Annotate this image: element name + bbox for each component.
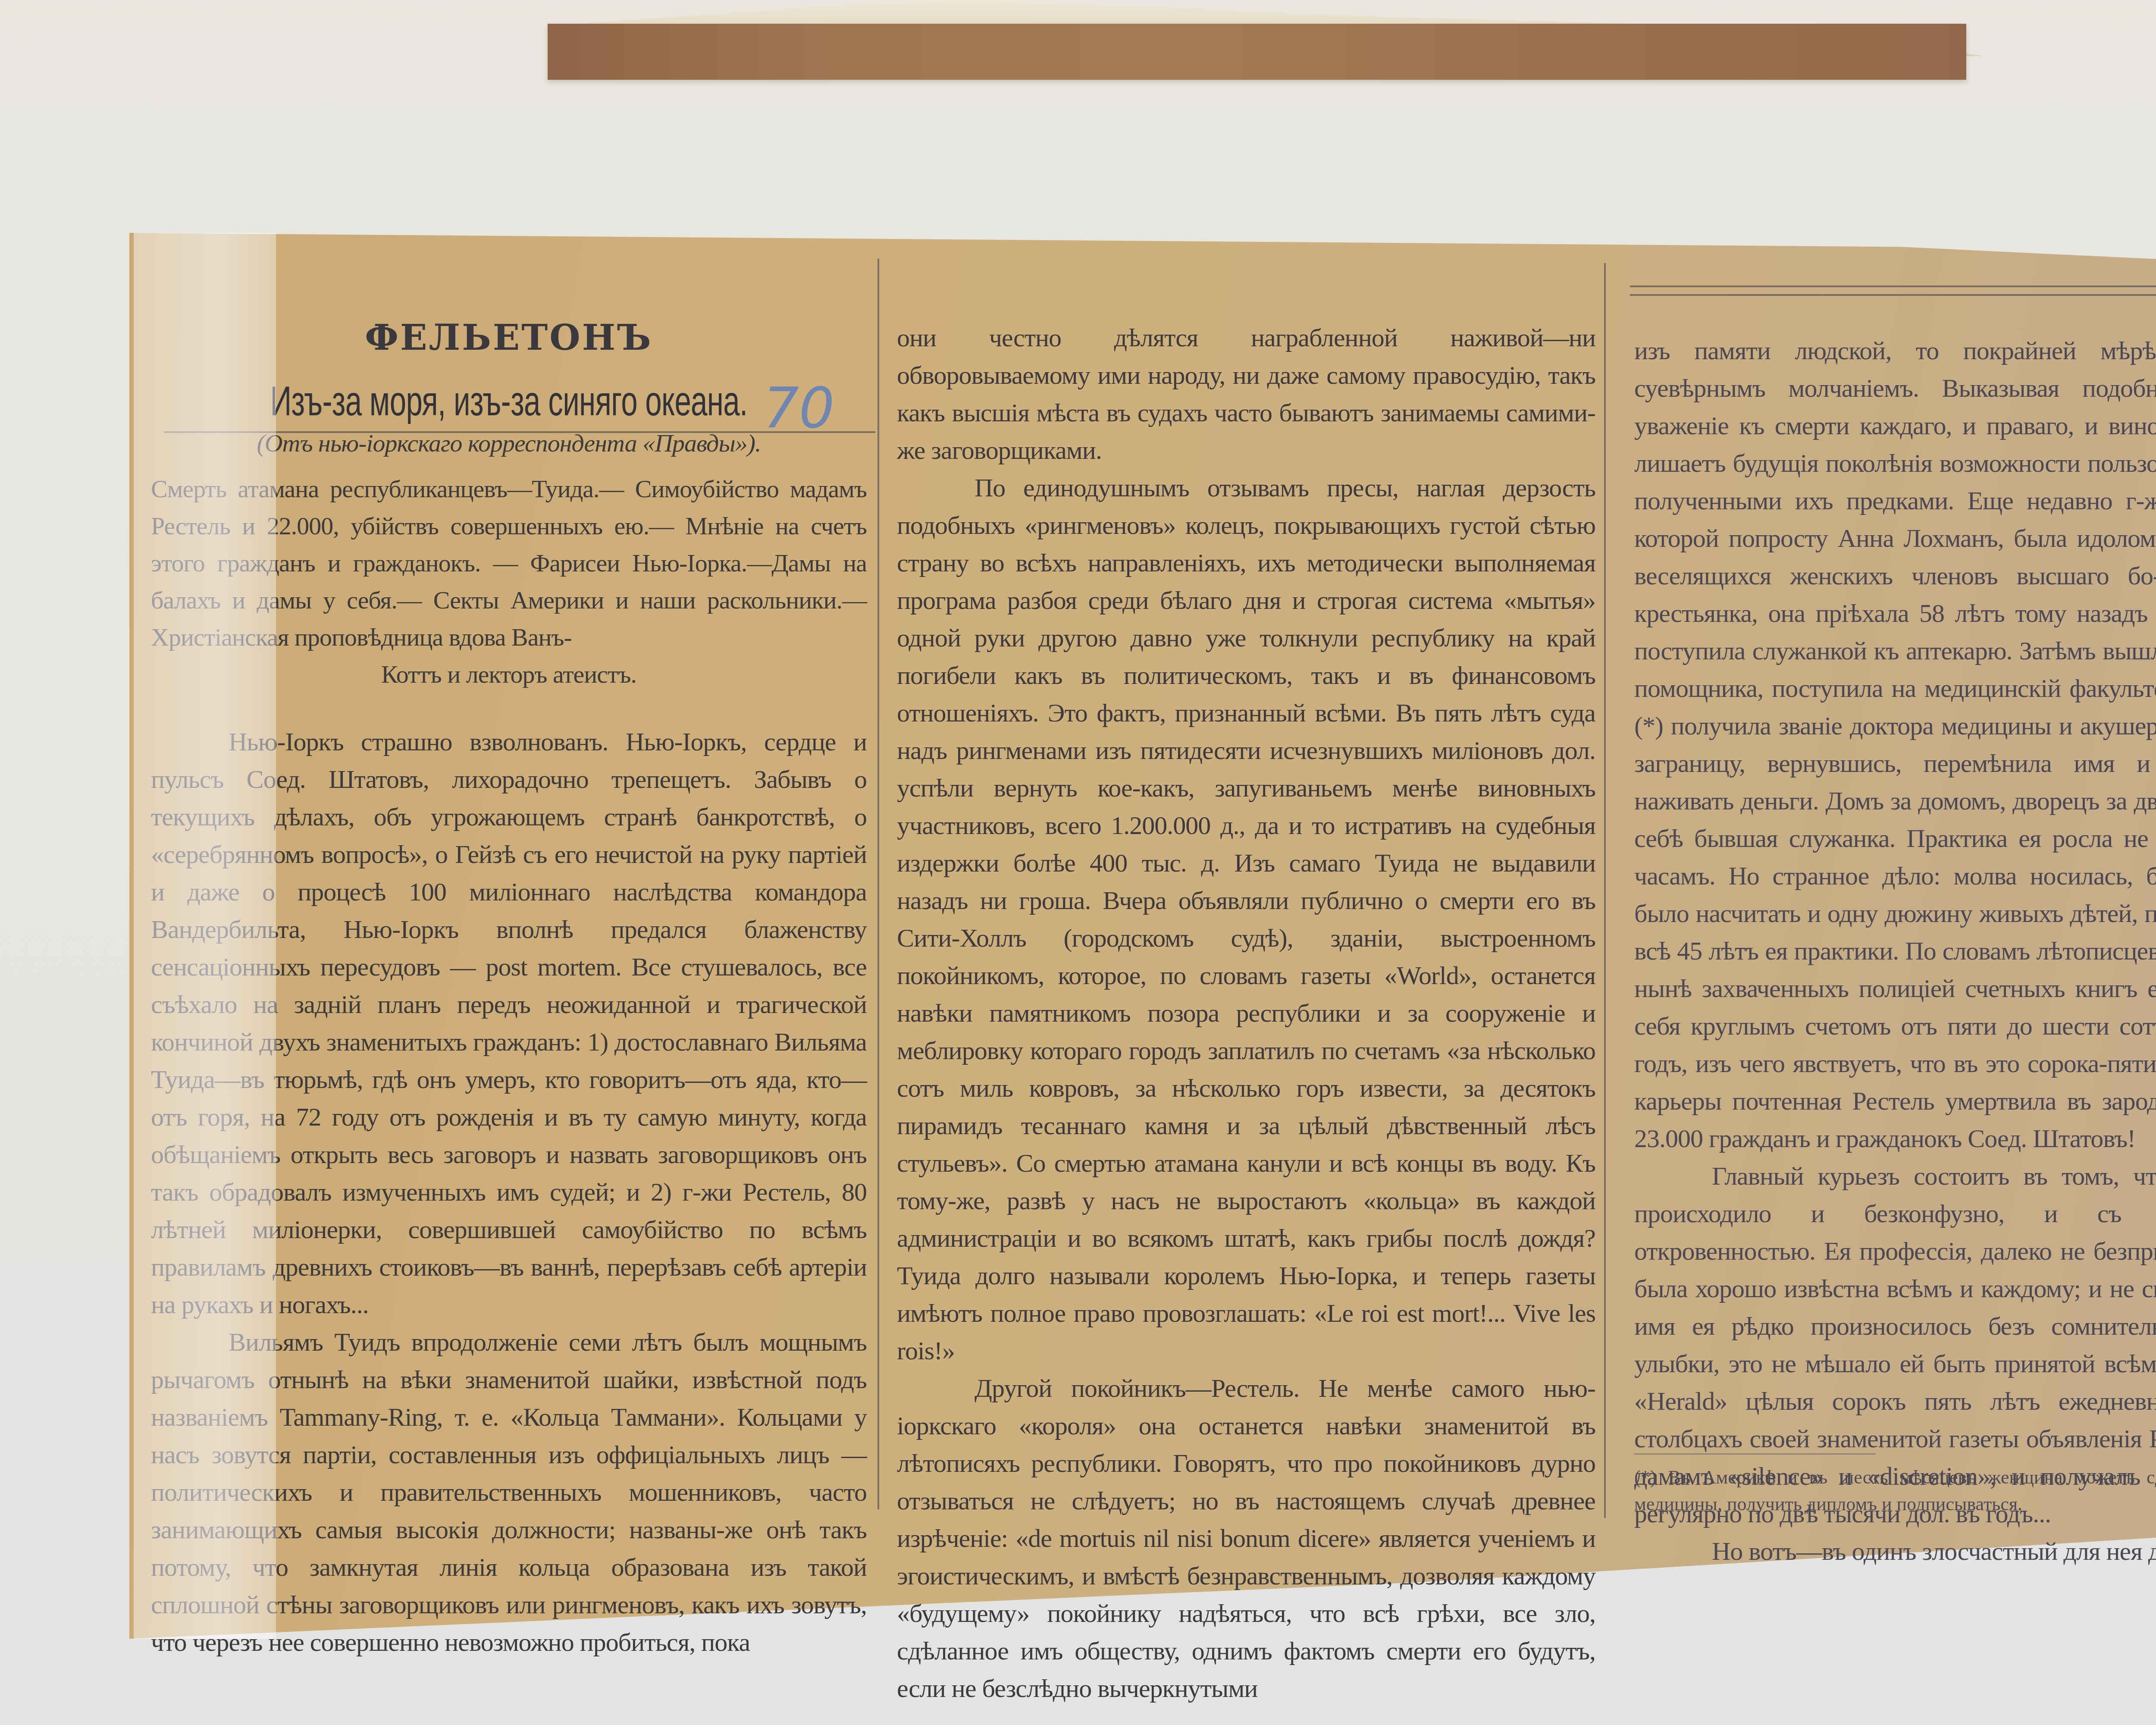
footnote-rule xyxy=(1634,1453,1876,1455)
footnote: (*) Въ Америкѣ и въ шесть мѣсяцевъ женщи… xyxy=(1634,1464,2156,1518)
paragraph: изъ памяти людской, то покрайней мѣрѣ об… xyxy=(1634,332,2156,1157)
paragraph: Другой покойникъ—Рестель. Не менѣе самог… xyxy=(897,1370,1595,1707)
column-divider xyxy=(877,259,879,1509)
brown-paper-strip xyxy=(548,24,1966,80)
paragraph: они честно дѣлятся награбленной наживой—… xyxy=(897,319,1595,469)
paragraph: По единодушнымъ отзывамъ пресы, наглая д… xyxy=(897,469,1595,1370)
adhesive-tape xyxy=(134,233,276,1639)
album-page: ФЕЛЬЕТОНЪ Изъ-за моря, изъ-за синяго оке… xyxy=(0,0,2156,1725)
column-3: изъ памяти людской, то покрайней мѣрѣ об… xyxy=(1634,332,2156,1570)
article-headline: Изъ-за моря, изъ-за синяго океана. xyxy=(183,383,835,420)
column-divider xyxy=(1604,263,1606,1518)
column-2: они честно дѣлятся награбленной наживой—… xyxy=(897,319,1595,1707)
column-top-rule xyxy=(1630,294,2156,296)
paragraph: Но вотъ—въ одинъ злосчастный для нея ден… xyxy=(1634,1533,2156,1570)
column-top-rule xyxy=(1630,285,2156,287)
handwritten-number: 70 xyxy=(763,375,834,441)
